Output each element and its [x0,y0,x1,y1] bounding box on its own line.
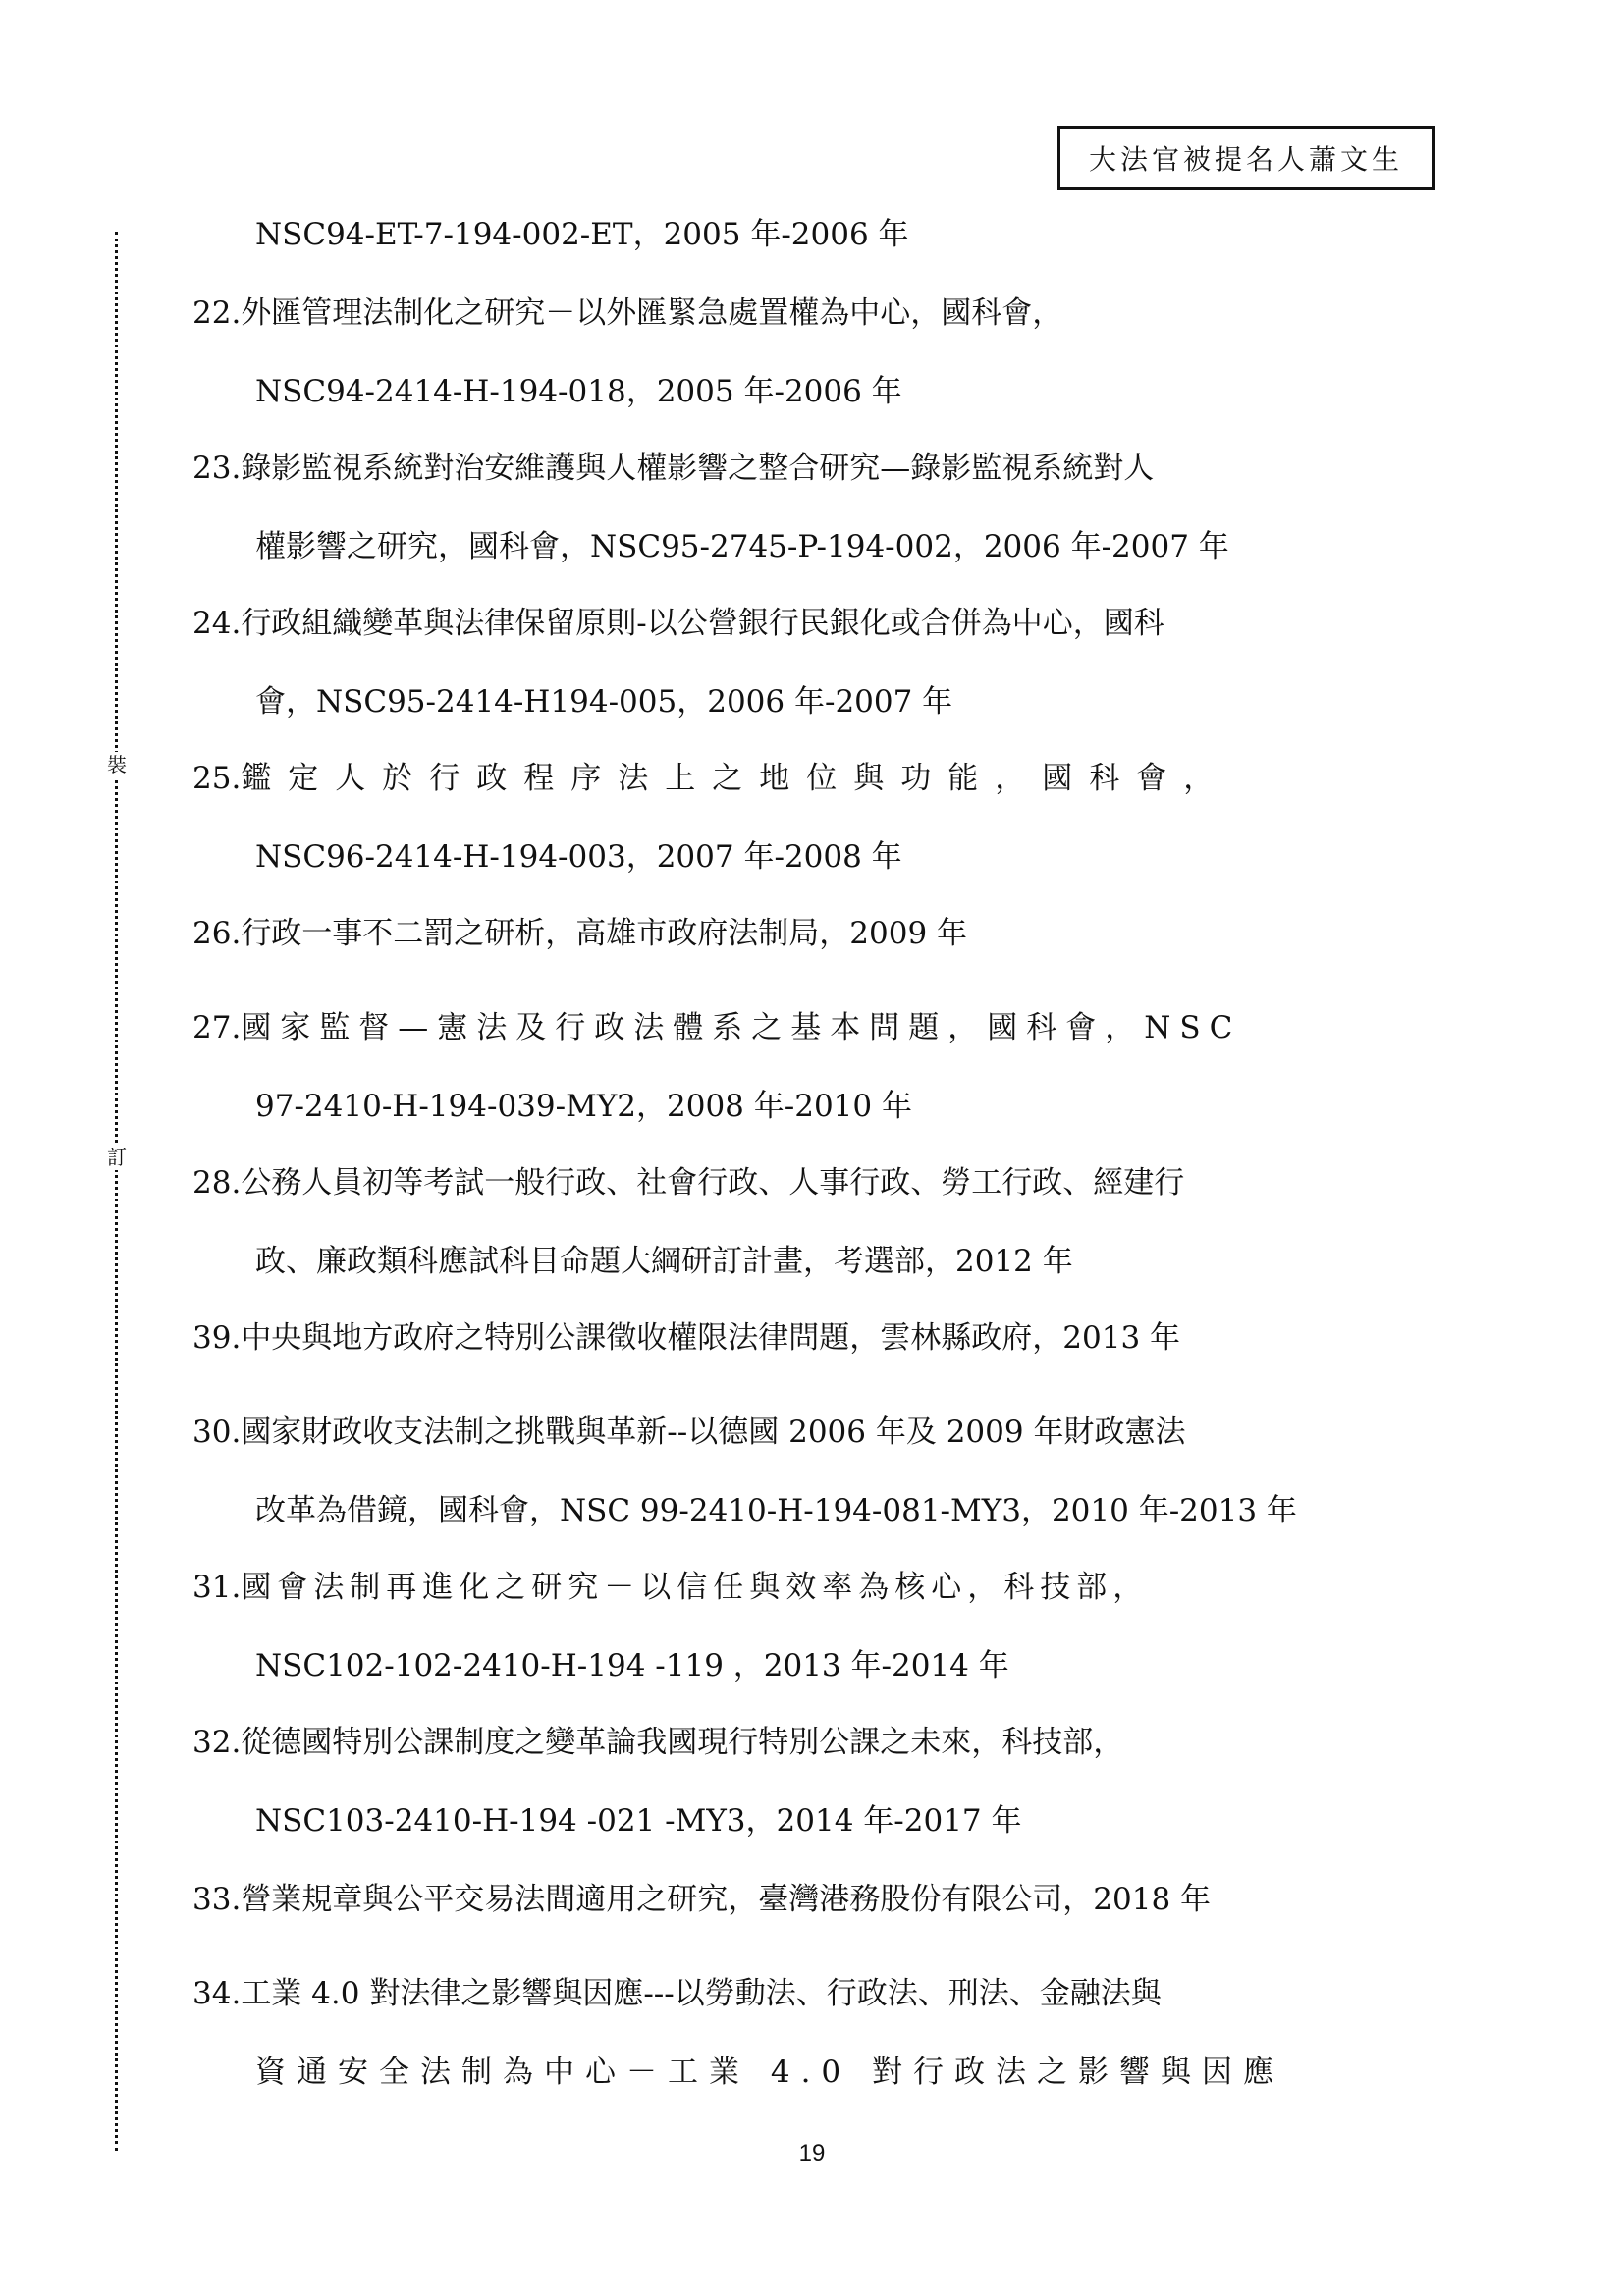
list-item-23-cont: 權影響之研究，國科會，NSC95-2745-P-194-002，2006 年-2… [255,522,1229,571]
list-item-continuation: NSC94-ET-7-194-002-ET，2005 年-2006 年 [255,210,909,259]
list-item-39: 39.中央與地方政府之特別公課徵收權限法律問題，雲林縣政府，2013 年 [192,1313,1180,1362]
list-item-22-cont: NSC94-2414-H-194-018，2005 年-2006 年 [255,367,902,416]
list-item-23: 23.錄影監視系統對治安維護與人權影響之整合研究—錄影監視系統對人 [192,444,1154,493]
list-item-34-cont: 資通安全法制為中心－工業 4.0 對行政法之影響與因應 [255,2048,1284,2097]
list-item-30-cont: 改革為借鏡，國科會，NSC 99-2410-H-194-081-MY3，2010… [255,1486,1297,1535]
list-item-28: 28.公務人員初等考試一般行政、社會行政、人事行政、勞工行政、經建行 [192,1158,1184,1207]
list-item-25: 25.鑑定人於行政程序法上之地位與功能，國科會， [192,754,1230,803]
nominee-header-box: 大法官被提名人蕭文生 [1057,126,1435,190]
list-item-32-cont: NSC103-2410-H-194 -021 -MY3，2014 年-2017 … [255,1796,1022,1845]
list-item-34: 34.工業 4.0 對法律之影響與因應---以勞動法、行政法、刑法、金融法與 [192,1969,1162,2018]
list-item-26: 26.行政一事不二罰之研析，高雄市政府法制局，2009 年 [192,909,967,958]
list-item-31-cont: NSC102-102-2410-H-194 -119 ，2013 年-2014 … [255,1641,1009,1690]
list-item-24-cont: 會，NSC95-2414-H194-005，2006 年-2007 年 [255,677,952,726]
binding-mark-zhuang: 裝 [102,752,132,777]
list-item-32: 32.從德國特別公課制度之變革論我國現行特別公課之未來，科技部， [192,1718,1123,1767]
list-item-27: 27.國家監督—憲法及行政法體系之基本問題，國科會，NSC [192,1003,1241,1052]
list-item-31: 31.國會法制再進化之研究－以信任與效率為核心，科技部， [192,1563,1149,1612]
list-item-30: 30.國家財政收支法制之挑戰與革新--以德國 2006 年及 2009 年財政憲… [192,1408,1185,1457]
list-item-33: 33.營業規章與公平交易法間適用之研究，臺灣港務股份有限公司，2018 年 [192,1875,1211,1924]
binding-mark-ding: 訂 [102,1145,132,1170]
list-item-28-cont: 政、廉政類科應試科目命題大綱研訂計畫，考選部，2012 年 [255,1237,1073,1286]
list-item-25-cont: NSC96-2414-H-194-003，2007 年-2008 年 [255,832,902,881]
list-item-27-cont: 97-2410-H-194-039-MY2，2008 年-2010 年 [255,1082,912,1131]
binding-dotted-line [115,232,118,2151]
nominee-label: 大法官被提名人蕭文生 [1089,138,1403,178]
list-item-22: 22.外匯管理法制化之研究－以外匯緊急處置權為中心，國科會， [192,289,1062,338]
list-item-24: 24.行政組織變革與法律保留原則-以公營銀行民銀化或合併為中心，國科 [192,599,1164,648]
page-number: 19 [0,2140,1624,2167]
